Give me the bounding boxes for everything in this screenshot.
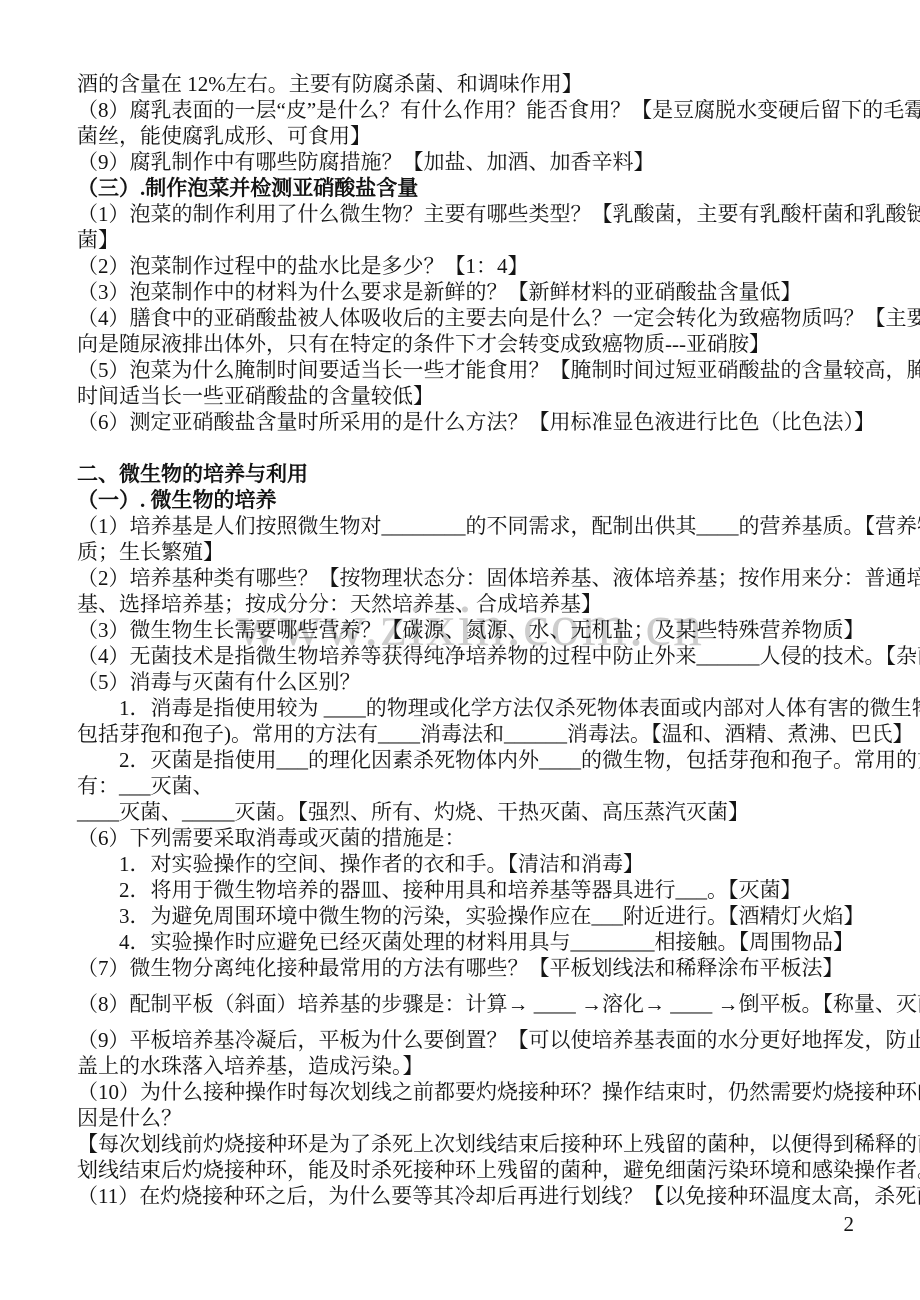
sub-item-line: 2．灭菌是指使用___的理化因素杀死物体内外____的微生物，包括芽孢和孢子。常… <box>77 747 869 773</box>
text-line: 时间适当长一些亚硝酸盐的含量较低】 <box>77 383 869 409</box>
sub-item-line: 1．对实验操作的空间、操作者的衣和手。【清洁和消毒】 <box>77 851 869 877</box>
text-line: （2）培养基种类有哪些？【按物理状态分：固体培养基、液体培养基；按作用来分：普通… <box>77 565 869 591</box>
text-line: 质；生长繁殖】 <box>77 539 869 565</box>
text-line: 向是随尿液排出体外，只有在特定的条件下才会转变成致癌物质---亚硝胺】 <box>77 331 869 357</box>
text-line: （1）培养基是人们按照微生物对________的不同需求，配制出供其____的营… <box>77 513 869 539</box>
text-line: 基、选择培养基；按成分分：天然培养基、合成培养基】 <box>77 591 869 617</box>
text-line: （5）消毒与灭菌有什么区别？ <box>77 669 869 695</box>
text-line: （2）泡菜制作过程中的盐水比是多少？【1：4】 <box>77 253 869 279</box>
sub-item-line: 1．消毒是指使用较为 ____的物理或化学方法仅杀死物体表面或内部对人体有害的微… <box>77 695 869 721</box>
text-line: （4）膳食中的亚硝酸盐被人体吸收后的主要去向是什么？一定会转化为致癌物质吗？【主… <box>77 305 869 331</box>
text-line: （3）微生物生长需要哪些营养？【碳源、氮源、水、无机盐；及某些特殊营养物质】 <box>77 617 869 643</box>
text-line: 【每次划线前灼烧接种环是为了杀死上次划线结束后接种环上残留的菌种，以便得到稀释的… <box>77 1131 869 1157</box>
text-line: 划线结束后灼烧接种环，能及时杀死接种环上残留的菌种，避免细菌污染环境和感染操作者… <box>77 1157 869 1183</box>
sub-item-line: 3．为避免周围环境中微生物的污染，实验操作应在___附近进行。【酒精灯火焰】 <box>77 903 869 929</box>
text-line: 酒的含量在 12%左右。主要有防腐杀菌、和调味作用】 <box>77 71 869 97</box>
text-line: ____灭菌、_____灭菌。【强烈、所有、灼烧、干热灭菌、高压蒸汽灭菌】 <box>77 799 869 825</box>
section-heading: 二、微生物的培养与利用 <box>77 461 869 487</box>
text-line: （11）在灼烧接种环之后，为什么要等其冷却后再进行划线？【以免接种环温度太高，杀… <box>77 1183 869 1209</box>
document-body: 酒的含量在 12%左右。主要有防腐杀菌、和调味作用】 （8）腐乳表面的一层“皮”… <box>77 71 869 1237</box>
text-line: （3）泡菜制作中的材料为什么要求是新鲜的？【新鲜材料的亚硝酸盐含量低】 <box>77 279 869 305</box>
text-line: （7）微生物分离纯化接种最常用的方法有哪些？【平板划线法和稀释涂布平板法】 <box>77 955 869 981</box>
text-line: （9）腐乳制作中有哪些防腐措施？【加盐、加酒、加香辛料】 <box>77 149 869 175</box>
text-line: （5）泡菜为什么腌制时间要适当长一些才能食用？【腌制时间过短亚硝酸盐的含量较高，… <box>77 357 869 383</box>
text-line: 菌】 <box>77 227 869 253</box>
text-line: （4）无菌技术是指微生物培养等获得纯净培养物的过程中防止外来______人侵的技… <box>77 643 869 669</box>
text-line: （8）腐乳表面的一层“皮”是什么？有什么作用？能否食用？【是豆腐脱水变硬后留下的… <box>77 97 869 123</box>
text-line: （1）泡菜的制作利用了什么微生物？主要有哪些类型？【乳酸菌，主要有乳酸杆菌和乳酸… <box>77 201 869 227</box>
heading-line: （三）.制作泡菜并检测亚硝酸盐含量 <box>77 175 869 201</box>
text-line: 有：___灭菌、 <box>77 773 869 799</box>
text-line: 盖上的水珠落入培养基，造成污染。】 <box>77 1053 869 1079</box>
text-line: （6）测定亚硝酸盐含量时所采用的是什么方法？【用标准显色液进行比色（比色法）】 <box>77 409 869 435</box>
text-line: （9）平板培养基冷凝后，平板为什么要倒置？【可以使培养基表面的水分更好地挥发，防… <box>77 1027 869 1053</box>
text-line: 菌丝，能使腐乳成形、可食用】 <box>77 123 869 149</box>
text-line: （6）下列需要采取消毒或灭菌的措施是： <box>77 825 869 851</box>
section-heading: （一）. 微生物的培养 <box>77 487 869 513</box>
page-number: 2 <box>77 1211 869 1237</box>
text-line: （10）为什么接种操作时每次划线之前都要灼烧接种环？操作结束时，仍然需要灼烧接种… <box>77 1079 869 1105</box>
text-line: （8）配制平板（斜面）培养基的步骤是：计算→ ____ →溶化→ ____ →倒… <box>77 991 869 1017</box>
text-line: 因是什么？ <box>77 1105 869 1131</box>
document-page: www.zixin.com.cn 酒的含量在 12%左右。主要有防腐杀菌、和调味… <box>0 0 920 1300</box>
text-line: 包括芽孢和孢子)。常用的方法有____消毒法和______消毒法。【温和、酒精、… <box>77 721 869 747</box>
sub-item-line: 2．将用于微生物培养的器皿、接种用具和培养基等器具进行___。【灭菌】 <box>77 877 869 903</box>
sub-item-line: 4．实验操作时应避免已经灭菌处理的材料用具与________相接触。【周围物品】 <box>77 929 869 955</box>
